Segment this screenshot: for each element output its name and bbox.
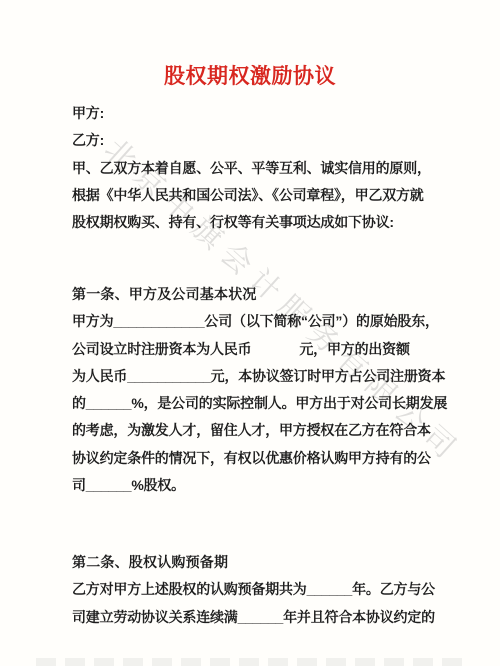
preamble-line: 股权期权购买、持有、行权等有关事项达成如下协议: (72, 209, 438, 236)
preamble-line: 甲、乙双方本着自愿、公平、平等互利、诚实信用的原则， (72, 155, 438, 182)
article-2-line: 乙方对甲方上述股权的认购预备期共为______年。乙方与公 (72, 576, 438, 603)
document-title: 股权期权激励协议 (0, 60, 500, 90)
document-page: 北京中旗会计服务有限公司 股权期权激励协议 甲方: 乙方: 甲、乙双方本着自愿、… (0, 0, 500, 666)
clipped-text-line (36, 658, 470, 666)
preamble-section: 甲方: 乙方: 甲、乙双方本着自愿、公平、平等互利、诚实信用的原则， 根据《中华… (72, 100, 438, 236)
article-1-line: 协议约定条件的情况下，有权以优惠价格认购甲方持有的公 (72, 445, 438, 472)
article-1-section: 第一条、甲方及公司基本状况 甲方为____________公司（以下简称“公司”… (72, 281, 438, 499)
article-1-line: 为人民币___________元，本协议签订时甲方占公司注册资本 (72, 363, 438, 390)
article-1-heading: 第一条、甲方及公司基本状况 (72, 281, 438, 308)
party-b-label: 乙方: (72, 127, 438, 154)
article-2-heading: 第二条、股权认购预备期 (72, 549, 438, 576)
article-1-line: 的考虑，为激发人才，留住人才，甲方授权在乙方在符合本 (72, 417, 438, 444)
article-2-section: 第二条、股权认购预备期 乙方对甲方上述股权的认购预备期共为______年。乙方与… (72, 549, 438, 631)
party-a-label: 甲方: (72, 100, 438, 127)
preamble-line: 根据《中华人民共和国公司法》、《公司章程》，甲乙双方就 (72, 182, 438, 209)
article-1-line: 司______%股权。 (72, 472, 438, 499)
article-1-line: 公司设立时注册资本为人民币 元，甲方的出资额 (72, 336, 438, 363)
article-1-line: 甲方为____________公司（以下简称“公司”）的原始股东， (72, 308, 438, 335)
article-2-line: 司建立劳动协议关系连续满______年并且符合本协议约定的 (72, 604, 438, 631)
article-1-line: 的______%，是公司的实际控制人。甲方出于对公司长期发展 (72, 390, 438, 417)
